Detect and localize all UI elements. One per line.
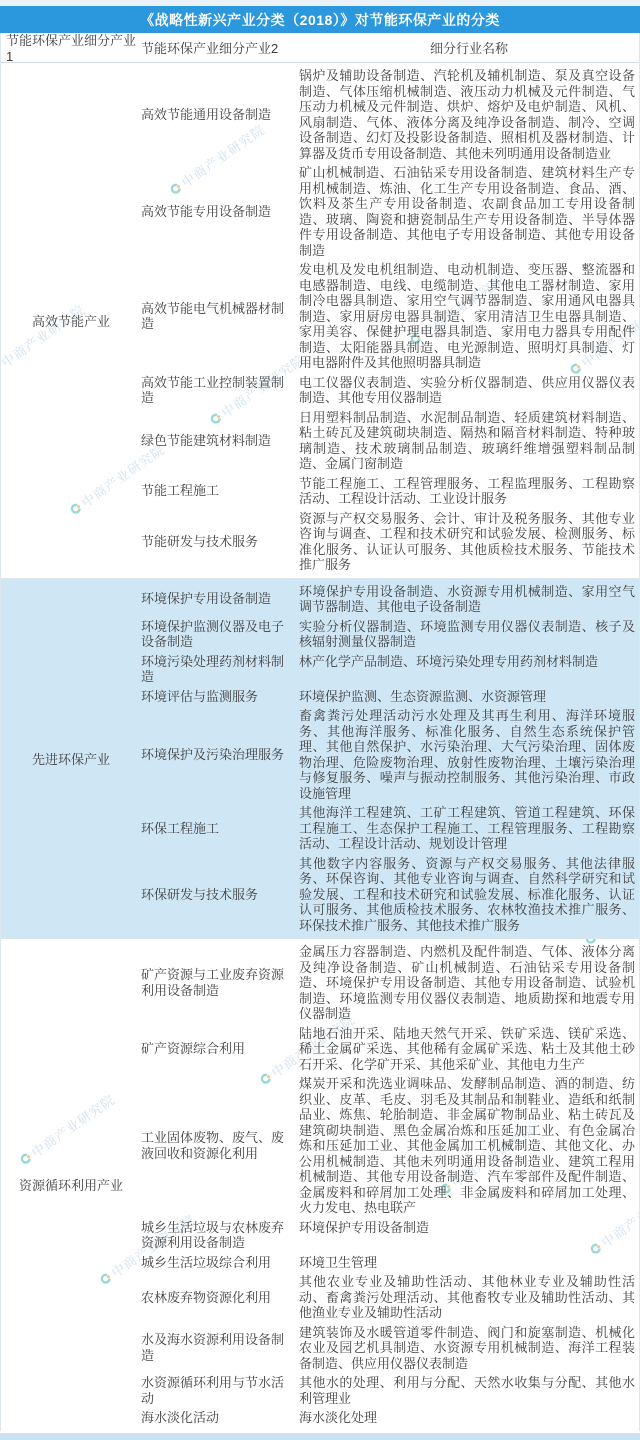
row-detail-text: 海水淡化处理	[299, 1410, 639, 1426]
row-detail-text: 其他农业专业及辅助性活动、其他林业专业及辅助性活动、畜禽粪污处理活动、其他畜牧专…	[299, 1274, 639, 1321]
row-subindustry-label: 城乡生活垃圾综合利用	[141, 1255, 299, 1271]
table-row: 城乡生活垃圾与农林废弃资源利用设备制造 环境保护专用设备制造	[141, 1218, 639, 1253]
table-row: 农林废弃物资源化利用 其他农业专业及辅助性活动、其他林业专业及辅助性活动、畜禽粪…	[141, 1272, 639, 1323]
row-subindustry-label: 海水淡化活动	[141, 1410, 299, 1426]
table-row: 矿产资源综合利用 陆地石油开采、陆地天然气开采、铁矿采选、镁矿采选、稀土金属矿采…	[141, 1024, 639, 1075]
header-subindustry-1: 节能环保产业细分产业1	[1, 30, 141, 64]
row-subindustry-label: 环保研发与技术服务	[141, 856, 299, 934]
row-subindustry-label: 高效节能通用设备制造	[141, 68, 299, 161]
row-detail-text: 环境保护专用设备制造、水资源专用机械制造、家用空气调节器制造、其他电子设备制造	[299, 584, 639, 615]
row-detail-text: 煤炭开采和洗选业调味品、发酵制品制造、酒的制造、纺织业、皮革、毛皮、羽毛及其制品…	[299, 1076, 639, 1216]
table-row: 环境保护专用设备制造 环境保护专用设备制造、水资源专用机械制造、家用空气调节器制…	[141, 582, 639, 617]
row-detail-text: 实验分析仪器制造、环境监测专用仪器仪表制造、核子及核辐射测量仪器制造	[299, 619, 639, 650]
table-row: 绿色节能建筑材料制造 日用塑料制品制造、水泥制品制造、轻质建筑材料制造、粘土砖瓦…	[141, 408, 639, 474]
row-detail-text: 金属压力容器制造、内燃机及配件制造、气体、液体分离及纯净设备制造、矿山机械制造、…	[299, 944, 639, 1022]
row-detail-text: 发电机及发电机组制造、电动机制造、变压器、整流器和电感器制造、电线、电缆制造、其…	[299, 262, 639, 371]
row-detail-text: 陆地石油开采、陆地天然气开采、铁矿采选、镁矿采选、稀土金属矿采选、其他稀有金属矿…	[299, 1026, 639, 1073]
section-rows: 高效节能通用设备制造 锅炉及辅助设备制造、汽轮机及辅机制造、泵及真空设备制造、气…	[141, 63, 639, 578]
industry-section: 高效节能产业 高效节能通用设备制造 锅炉及辅助设备制造、汽轮机及辅机制造、泵及真…	[1, 63, 639, 579]
row-subindustry-label: 高效节能专用设备制造	[141, 165, 299, 258]
row-subindustry-label: 环境评估与监测服务	[141, 689, 299, 705]
row-subindustry-label: 环境保护及污染治理服务	[141, 708, 299, 801]
row-subindustry-label: 节能工程施工	[141, 476, 299, 507]
row-subindustry-label: 工业固体废物、废气、废液回收和资源化利用	[141, 1076, 299, 1216]
table-row: 工业固体废物、废气、废液回收和资源化利用 煤炭开采和洗选业调味品、发酵制品制造、…	[141, 1074, 639, 1218]
table-row: 环境评估与监测服务 环境保护监测、生态资源监测、水资源管理	[141, 687, 639, 707]
row-subindustry-label: 农林废弃物资源化利用	[141, 1274, 299, 1321]
row-detail-text: 日用塑料制品制造、水泥制品制造、轻质建筑材料制造、粘土砖瓦及建筑砌块制造、隔热和…	[299, 410, 639, 472]
row-detail-text: 林产化学产品制造、环境污染处理专用药剂材料制造	[299, 654, 639, 685]
row-detail-text: 环境卫生管理	[299, 1255, 639, 1271]
row-subindustry-label: 环境污染处理药剂材料制造	[141, 654, 299, 685]
row-subindustry-label: 水资源循环利用与节水活动	[141, 1375, 299, 1406]
row-subindustry-label: 高效节能电气机械器材制造	[141, 262, 299, 371]
table-body: 高效节能产业 高效节能通用设备制造 锅炉及辅助设备制造、汽轮机及辅机制造、泵及真…	[1, 63, 639, 1431]
row-subindustry-label: 环境保护监测仪器及电子设备制造	[141, 619, 299, 650]
section-label: 资源循环利用产业	[1, 939, 141, 1431]
page-title: 《战略性新兴产业分类（2018）》对节能环保产业的分类	[0, 6, 640, 33]
table-row: 海水淡化活动 海水淡化处理	[141, 1408, 639, 1428]
table-row: 水资源循环利用与节水活动 其他水的处理、利用与分配、天然水收集与分配、其他水利管…	[141, 1373, 639, 1408]
row-subindustry-label: 水及海水资源利用设备制造	[141, 1325, 299, 1372]
section-label: 先进环保产业	[1, 579, 141, 939]
table-row: 环境保护及污染治理服务 畜禽粪污处理活动污水处理及其再生利用、海洋环境服务、其他…	[141, 706, 639, 803]
table-row: 环境污染处理药剂材料制造 林产化学产品制造、环境污染处理专用药剂材料制造	[141, 652, 639, 687]
row-detail-text: 矿山机械制造、石油钻采专用设备制造、建筑材料生产专用机械制造、炼油、化工生产专用…	[299, 165, 639, 258]
row-subindustry-label: 节能研发与技术服务	[141, 511, 299, 573]
row-detail-text: 畜禽粪污处理活动污水处理及其再生利用、海洋环境服务、其他海洋服务、标准化服务、自…	[299, 708, 639, 801]
industry-section: 资源循环利用产业 矿产资源与工业废弃资源利用设备制造 金属压力容器制造、内燃机及…	[1, 939, 639, 1431]
table-row: 节能研发与技术服务 资源与产权交易服务、会计、审计及税务服务、其他专业咨询与调查…	[141, 509, 639, 575]
row-detail-text: 环境保护监测、生态资源监测、水资源管理	[299, 689, 639, 705]
row-subindustry-label: 矿产资源与工业废弃资源利用设备制造	[141, 944, 299, 1022]
table-header-row: 节能环保产业细分产业1 节能环保产业细分产业2 细分行业名称	[1, 33, 639, 63]
table-row: 节能工程施工 节能工程施工、工程管理服务、工程监理服务、工程勘察活动、工程设计活…	[141, 474, 639, 509]
row-detail-text: 环境保护专用设备制造	[299, 1220, 639, 1251]
table-row: 环境保护监测仪器及电子设备制造 实验分析仪器制造、环境监测专用仪器仪表制造、核子…	[141, 617, 639, 652]
table-row: 水及海水资源利用设备制造 建筑装饰及水暖管道零件制造、阀门和旋塞制造、机械化农业…	[141, 1323, 639, 1374]
row-detail-text: 节能工程施工、工程管理服务、工程监理服务、工程勘察活动、工程设计活动、工业设计服…	[299, 476, 639, 507]
classification-table: 节能环保产业细分产业1 节能环保产业细分产业2 细分行业名称 高效节能产业 高效…	[0, 33, 640, 1431]
table-row: 城乡生活垃圾综合利用 环境卫生管理	[141, 1253, 639, 1273]
row-detail-text: 资源与产权交易服务、会计、审计及税务服务、其他专业咨询与调查、工程和技术研究和试…	[299, 511, 639, 573]
row-subindustry-label: 环境保护专用设备制造	[141, 584, 299, 615]
section-label: 高效节能产业	[1, 63, 141, 578]
row-subindustry-label: 矿产资源综合利用	[141, 1026, 299, 1073]
table-row: 环保工程施工 其他海洋工程建筑、工矿工程建筑、管道工程建筑、环保工程施工、生态保…	[141, 803, 639, 854]
row-detail-text: 电工仪器仪表制造、实验分析仪器制造、供应用仪器仪表制造、其他专用仪器制造	[299, 375, 639, 406]
row-subindustry-label: 高效节能工业控制装置制造	[141, 375, 299, 406]
table-row: 高效节能电气机械器材制造 发电机及发电机组制造、电动机制造、变压器、整流器和电感…	[141, 260, 639, 373]
row-detail-text: 其他水的处理、利用与分配、天然水收集与分配、其他水利管理业	[299, 1375, 639, 1406]
row-subindustry-label: 绿色节能建筑材料制造	[141, 410, 299, 472]
section-rows: 矿产资源与工业废弃资源利用设备制造 金属压力容器制造、内燃机及配件制造、气体、液…	[141, 939, 639, 1431]
row-subindustry-label: 城乡生活垃圾与农林废弃资源利用设备制造	[141, 1220, 299, 1251]
table-row: 高效节能专用设备制造 矿山机械制造、石油钻采专用设备制造、建筑材料生产专用机械制…	[141, 163, 639, 260]
row-detail-text: 建筑装饰及水暖管道零件制造、阀门和旋塞制造、机械化农业及园艺机具制造、水资源专用…	[299, 1325, 639, 1372]
section-rows: 环境保护专用设备制造 环境保护专用设备制造、水资源专用机械制造、家用空气调节器制…	[141, 579, 639, 939]
table-row: 高效节能通用设备制造 锅炉及辅助设备制造、汽轮机及辅机制造、泵及真空设备制造、气…	[141, 66, 639, 163]
table-row: 矿产资源与工业废弃资源利用设备制造 金属压力容器制造、内燃机及配件制造、气体、液…	[141, 942, 639, 1024]
row-detail-text: 其他海洋工程建筑、工矿工程建筑、管道工程建筑、环保工程施工、生态保护工程施工、工…	[299, 805, 639, 852]
row-detail-text: 其他数字内容服务、资源与产权交易服务、其他法律服务、环保咨询、其他专业咨询与调查…	[299, 856, 639, 934]
bottom-strip	[0, 1433, 640, 1440]
table-row: 高效节能工业控制装置制造 电工仪器仪表制造、实验分析仪器制造、供应用仪器仪表制造…	[141, 373, 639, 408]
table-row: 环保研发与技术服务 其他数字内容服务、资源与产权交易服务、其他法律服务、环保咨询…	[141, 854, 639, 936]
header-detail-industries: 细分行业名称	[299, 38, 639, 57]
row-subindustry-label: 环保工程施工	[141, 805, 299, 852]
industry-section: 先进环保产业 环境保护专用设备制造 环境保护专用设备制造、水资源专用机械制造、家…	[1, 579, 639, 940]
row-detail-text: 锅炉及辅助设备制造、汽轮机及辅机制造、泵及真空设备制造、气体压缩机械制造、液压动…	[299, 68, 639, 161]
header-subindustry-2: 节能环保产业细分产业2	[141, 38, 299, 57]
